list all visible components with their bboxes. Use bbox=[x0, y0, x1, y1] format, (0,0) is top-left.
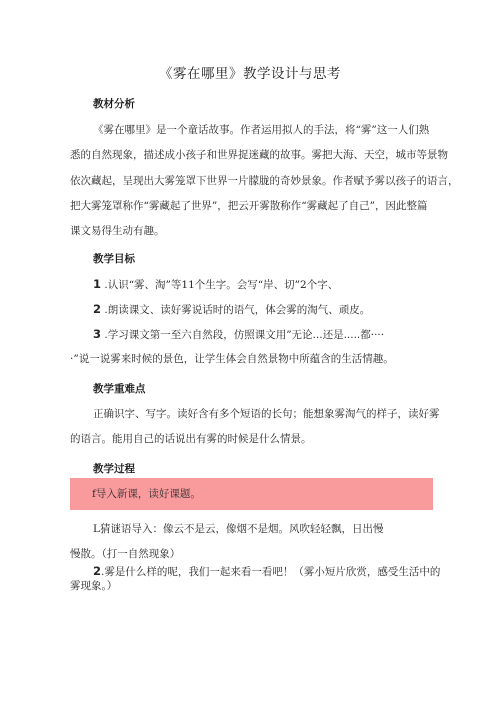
goal-number: 3 bbox=[93, 327, 101, 341]
step-number: 2 bbox=[93, 564, 101, 578]
step-text: .雾是什么样的呢，我们一起来看一看吧！（雾小短片欣赏，感受生活中的 bbox=[101, 566, 440, 578]
document-title: 《雾在哪里》教学设计与思考 bbox=[0, 62, 500, 82]
goal-text: .认识“雾、淘”等11个生字。会写“岸、切”2个字、 bbox=[101, 279, 338, 291]
paragraph-line: 的语言。能用自己的话说出有雾的时候是什么情景。 bbox=[70, 432, 435, 446]
paragraph-line: 正确识字、写字。读好含有多个短语的长句；能想象雾淘气的样子，读好雾 bbox=[93, 407, 458, 421]
process-step-2-continued: 雾现象。） bbox=[70, 579, 435, 593]
goal-item-3-continued: ·”说一说雾来时候的景色，让学生体会自然景物中所蕴含的生活情趣。 bbox=[70, 352, 435, 366]
paragraph-line: 依次藏起，呈现出大雾笼罩下世界一片朦胧的奇妙景象。作者赋予雾以孩子的语言， bbox=[70, 174, 435, 188]
section-heading-material-analysis: 教材分析 bbox=[93, 96, 135, 111]
section-heading-key-points: 教学重难点 bbox=[93, 381, 146, 396]
paragraph-line: 把大雾笼罩称作“雾藏起了世界”，把云开雾散称作“雾藏起了自己”，因此整篇 bbox=[70, 199, 435, 213]
goal-text: .学习课文第一至六自然段，仿照课文用”无论...还是.....都···· bbox=[101, 329, 384, 341]
process-step-1: L猜谜语导入：像云不是云，像烟不是烟。风吹轻轻飘，日出慢 bbox=[93, 522, 458, 536]
goal-text: .朗读课文、读好雾说话时的语气，体会雾的淘气、顽皮。 bbox=[101, 304, 370, 316]
document-page: 《雾在哪里》教学设计与思考 教材分析 《雾在哪里》是一个童话故事。作者运用拟人的… bbox=[0, 0, 500, 707]
paragraph-line: 《雾在哪里》是一个童话故事。作者运用拟人的手法，将“雾”这一人们熟 bbox=[93, 123, 458, 137]
process-step-2: 2.雾是什么样的呢，我们一起来看一看吧！（雾小短片欣赏，感受生活中的 bbox=[93, 564, 458, 579]
section-heading-teaching-process: 教学过程 bbox=[93, 461, 135, 476]
section-heading-teaching-goals: 教学目标 bbox=[93, 251, 135, 266]
process-step-1-continued: 慢散。（打一自然现象） bbox=[70, 547, 435, 561]
paragraph-line: 课文易得生动有趣。 bbox=[70, 224, 435, 238]
paragraph-line: 悉的自然现象，描述成小孩子和世界捉迷藏的故事。雾把大海、天空，城市等景物 bbox=[70, 148, 435, 162]
highlighted-line: f导入新课，读好课题。 bbox=[92, 487, 457, 501]
goal-item-3: 3 .学习课文第一至六自然段，仿照课文用”无论...还是.....都···· bbox=[93, 327, 458, 342]
goal-number: 1 bbox=[93, 277, 101, 291]
highlighted-block: f导入新课，读好课题。 bbox=[70, 478, 433, 510]
goal-item-1: 1 .认识“雾、淘”等11个生字。会写“岸、切”2个字、 bbox=[93, 277, 458, 292]
goal-item-2: 2 .朗读课文、读好雾说话时的语气，体会雾的淘气、顽皮。 bbox=[93, 302, 458, 317]
goal-number: 2 bbox=[93, 302, 101, 316]
